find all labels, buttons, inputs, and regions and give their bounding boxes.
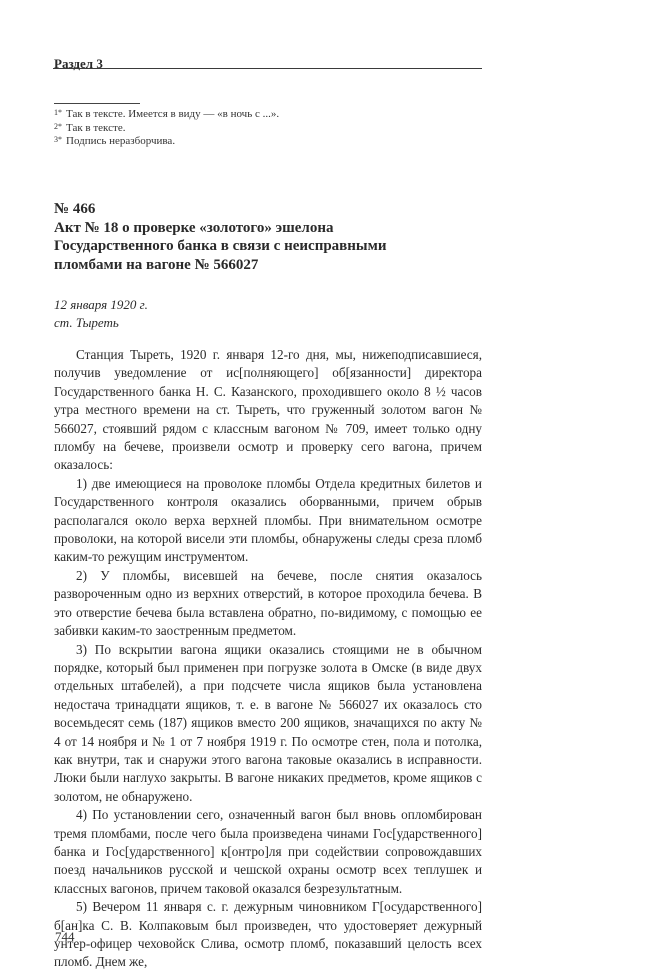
footnote-mark: 2*	[54, 122, 66, 136]
document-date: 12 января 1920 г.	[54, 296, 148, 314]
footnotes: 1* Так в тексте. Имеется в виду — «в ноч…	[54, 108, 279, 149]
footnote-mark: 3*	[54, 135, 66, 149]
footnote-rule	[54, 103, 140, 104]
document-title-line: Государственного банка в связи с неиспра…	[54, 237, 414, 256]
paragraph-item-3: 3) По вскрытии вагона ящики оказались ст…	[54, 641, 482, 807]
footnote-text: Так в тексте.	[66, 122, 125, 136]
footnote-text: Подпись неразборчива.	[66, 135, 175, 149]
running-header: Раздел 3	[54, 55, 481, 73]
document-place: ст. Тыреть	[54, 314, 148, 332]
paragraph-intro: Станция Тыреть, 1920 г. января 12-го дня…	[54, 346, 482, 475]
document-number: № 466	[54, 200, 414, 219]
footnote: 3* Подпись неразборчива.	[54, 135, 279, 149]
document-meta: 12 января 1920 г. ст. Тыреть	[54, 296, 148, 332]
document-title-line: пломбами на вагоне № 566027	[54, 256, 414, 275]
page-number: 744	[55, 929, 75, 945]
footnote: 1* Так в тексте. Имеется в виду — «в ноч…	[54, 108, 279, 122]
footnote-text: Так в тексте. Имеется в виду — «в ночь с…	[66, 108, 279, 122]
paragraph-item-1: 1) две имеющиеся на проволоке пломбы Отд…	[54, 475, 482, 567]
document-title-line: Акт № 18 о проверке «золотого» эшелона	[54, 219, 414, 238]
document-body: Станция Тыреть, 1920 г. января 12-го дня…	[54, 346, 482, 972]
paragraph-item-5: 5) Вечером 11 января с. г. дежурным чино…	[54, 898, 482, 972]
paragraph-item-2: 2) У пломбы, висевшей на бечеве, после с…	[54, 567, 482, 641]
footnote: 2* Так в тексте.	[54, 122, 279, 136]
footnote-mark: 1*	[54, 108, 66, 122]
paragraph-item-4: 4) По установлении сего, означенный ваго…	[54, 806, 482, 898]
document-heading: № 466 Акт № 18 о проверке «золотого» эше…	[54, 200, 414, 274]
header-rule	[53, 68, 482, 69]
